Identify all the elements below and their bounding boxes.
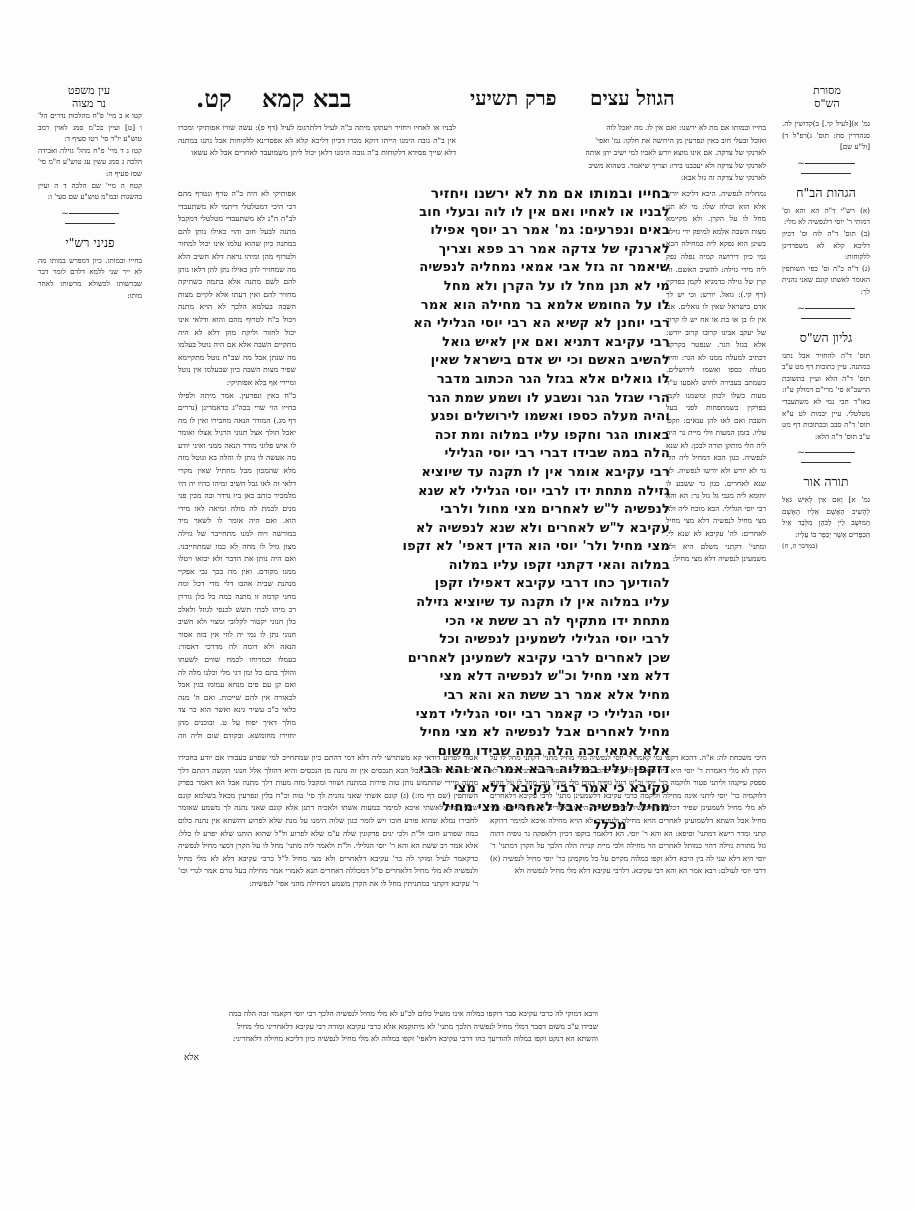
chapter-name: הגוזל עצים <box>590 86 675 111</box>
gemara-line: הלה במה שבידו דברי רבי יוסי הגלילי <box>302 445 670 464</box>
ornament-divider: ~ <box>782 304 870 324</box>
ein-mishpat-item: קטו א ב מיי' פ"ח מהלכות נדרים הל' ו [ט] … <box>38 110 142 145</box>
tosafot-final-paragraph: ורבא דמוקי לה כרבי עקיבא סבר דוקפו במלוה… <box>178 1008 598 1046</box>
ein-mishpat-title: עין משפט נר מצוה <box>34 84 144 110</box>
gemara-line: מחיל אלא אמר רב ששת הא והא רבי <box>302 687 670 706</box>
ein-mishpat-title-line1: עין משפט <box>34 84 144 97</box>
hagahot-habach-title: הגהות הב"ח <box>782 185 870 201</box>
gemara-line: שיאמר זה גזל אבי אמאי נמחליה לנפשיה <box>302 259 670 278</box>
gemara-line: מתחת ידו מתקיף לה רב ששת אי הכי <box>302 613 670 632</box>
torah-ohr-source: (במדבר ה, ח) <box>782 541 870 551</box>
right-margin: גמ' א)[לעיל קי.] ב)קדושין לה. סנהדרין סח… <box>782 118 870 551</box>
tosafot-dibur: אפותיקי לא היה ב"ה טרף ונטרף מהם דכי היכ… <box>178 188 296 390</box>
rashi-top-line: לארנקי של צדקה. אם אינו מוצא יורש לאביו … <box>516 147 766 160</box>
masoret-hashas-title: מסורת הש"ס <box>782 84 872 110</box>
ornament-divider: ~ <box>782 448 870 468</box>
gemara-line: הרי שגזל הגר ונשבע לו ושמע שמת הגר <box>302 390 670 409</box>
gemara-line: יוסי הגלילי כי קאמר רבי יוסי הגלילי דמצי <box>302 706 670 725</box>
tosafot-column: אפותיקי לא היה ב"ה טרף ונטרף מהם דכי היכ… <box>178 188 296 744</box>
gemara-line: שכן לאחרים לרבי עקיבא לשמעינן לאחרים <box>302 650 670 669</box>
pninei-rashi-text: בחייו ובמותו. כיון דמפרש במותו מה לא ייר… <box>38 255 142 301</box>
gemara-line: רבי עקיבא אומר אין לו תקנה עד שיוציא <box>302 464 670 483</box>
gemara-line: לרבי יוסי הגלילי לשמעינן לנפשיה וכל <box>302 631 670 650</box>
gemara-line: בחייו ובמותו אם מת לא ירשנו ויחזיר <box>302 185 670 204</box>
hagahot-item: (א) רש"י ד"ה הא והא וס' דמותי ר' יוסי דל… <box>782 205 870 228</box>
gemara-line: לו על החומש אלמא בר מחילה הוא אמר <box>302 297 670 316</box>
gemara-line: לארנקי של צדקה אמר רב פפא וצריך <box>302 241 670 260</box>
gemara-line: גזילה מתחת ידו לרבי יוסי הגלילי לא שנא <box>302 483 670 502</box>
torah-ohr-text: גמ' א] וְאִם אֵין לָאִישׁ גֹּאֵל לְהָשִׁ… <box>782 494 870 540</box>
ornament-divider: ~ <box>38 209 142 229</box>
gemara-line: דלא מצי מחיל וכ"ש לנפשיה דלא מצי <box>302 668 670 687</box>
final-line: ורבא דמוקי לה כרבי עקיבא סבר דוקפו במלוה… <box>178 1008 598 1021</box>
gemara-line: לו גואלים אלא בגזל הגר הכתוב מדבר <box>302 371 670 390</box>
tractate-name: בבא קמא <box>262 84 351 114</box>
hagahot-item: (ב) תוס' ד"ה לוה וס' דכיון דליכא קלא לא … <box>782 228 870 263</box>
gemara-line: להודיעך כחו דרבי עקיבא דאפילו זקפן <box>302 575 670 594</box>
gemara-line: רבי עקיבא דתניא ואם אין לאיש גואל <box>302 334 670 353</box>
gemara-text: בחייו ובמותו אם מת לא ירשנו ויחזיר לבניו… <box>302 185 670 836</box>
rashi-top-line: בחייו ובמותו אם מת לא ירשנו: ואם אין לו.… <box>516 122 766 135</box>
ein-mishpat-item: קטז ג ד מיי' פ"ח מהל' גזילה ואבידה הלכה … <box>38 145 142 180</box>
torah-ohr-title: תורה אור <box>782 474 870 490</box>
rashi-column: נמחליה לנפשיה. היכא דליכא יורש אלא הוא ו… <box>666 188 766 740</box>
gemara-line: באותו הגר וחקפו עליו במלוה ומת זכה <box>302 427 670 446</box>
chapter-number: פרק תשיעי <box>470 86 557 111</box>
pninei-rashi-title: פניני רש"י <box>38 235 142 251</box>
gemara-line: מחיל לאחרים אבל לנפשיה לא מצי מחיל <box>302 724 670 743</box>
masoret-title-line2: הש"ס <box>782 97 872 110</box>
catchword: אלא <box>184 1052 199 1063</box>
rashi-top-line: לארנקי של צדקה ולא יעכבנו בידו: וצריך שי… <box>516 160 766 173</box>
masoret-title-line1: מסורת <box>782 84 872 97</box>
gemara-line: והיה מעלה כספו ואשמו לירושלים ופגע <box>302 408 670 427</box>
gemara-line: לנפשיה ל"ש לאחרים מצי מחול ולרבי <box>302 501 670 520</box>
hagahot-item: (ג) ד"ה כ"ה וס' כפי השותפין האומר לאשתו … <box>782 263 870 298</box>
ein-mishpat-title-line2: נר מצוה <box>34 97 144 110</box>
rashi-top-line: ואוכל ובעלי חוב באין ונפרעין מן הירושה א… <box>516 135 766 148</box>
gemara-line: לבניו או לאחיו ואם אין לו לוה ובעלי חוב <box>302 204 670 223</box>
masoret-hashas-text: גמ' א)[לעיל קי.] ב)קדושין לה. סנהדרין סח… <box>782 118 870 153</box>
gemara-line: להשיב האשם וכי יש אדם בישראל שאין <box>302 352 670 371</box>
rashi-top-line: לארנקי של צדקה זה גזל אבא: <box>516 172 766 185</box>
gemara-line: מי לא תנן מחל לו על הקרן ולא מחל <box>302 278 670 297</box>
tosafot-dibur-2: ב"ח באין ונפרעין. אמר מיתה ולפילו בחייו … <box>178 390 296 745</box>
final-line: שבידו ע"כ משום דסבר דמלי מחיל לנפשיה הלכ… <box>178 1021 598 1034</box>
daf-number: קט. <box>196 84 232 114</box>
tosafot-top: לבניו או לאחיו ויחזיר ויעתקו מיתה ב"ה לע… <box>178 122 456 186</box>
gemara-line: במלוה והאי דקתני זקפו עליו במלוה <box>302 557 670 576</box>
gemara-line: מצי מחיל ולר' יוסי הוא הדין דאפי' לא זקפ… <box>302 538 670 557</box>
rashi-continued: היכי משכחת לה: א"ה. דהכא דקפו נמי קאמר ר… <box>490 752 766 992</box>
gemara-line: רבי יוחנן לא קשיא הא רבי יוסי הגלילי הא <box>302 315 670 334</box>
left-margin: קטו א ב מיי' פ"ח מהלכות נדרים הל' ו [ט] … <box>38 110 142 301</box>
gilyon-hashas-title: גליון הש"ס <box>782 330 870 346</box>
tosafot-continued: אסור לפרוע דודאי קא משתרשי ליה דלא דמי ד… <box>178 752 478 1006</box>
ein-mishpat-item: קטח ה מיי' שם הלכה ד ה ועיין בהשגות ובמ"… <box>38 180 142 203</box>
ornament-divider: ~ <box>782 159 870 179</box>
gemara-line: עליו במלוה אין לו תקנה עד שיוציא גזילה <box>302 594 670 613</box>
rashi-top: בחייו ובמותו אם מת לא ירשנו: ואם אין לו.… <box>516 122 766 185</box>
final-line: והשתא הא דנקט זקפו במלוה להודיעך כחו דרב… <box>178 1033 598 1046</box>
gemara-line: באים ונפרעים: גמ' אמר רב יוסף אפילו <box>302 222 670 241</box>
gilyon-hashas-text: תוס' ד"ה להחזיר אבל נתנו במתנה. עיין כתו… <box>782 350 870 443</box>
gemara-line: עקיבא ל"ש לאחרים ולא שנא לנפשיה לא <box>302 520 670 539</box>
